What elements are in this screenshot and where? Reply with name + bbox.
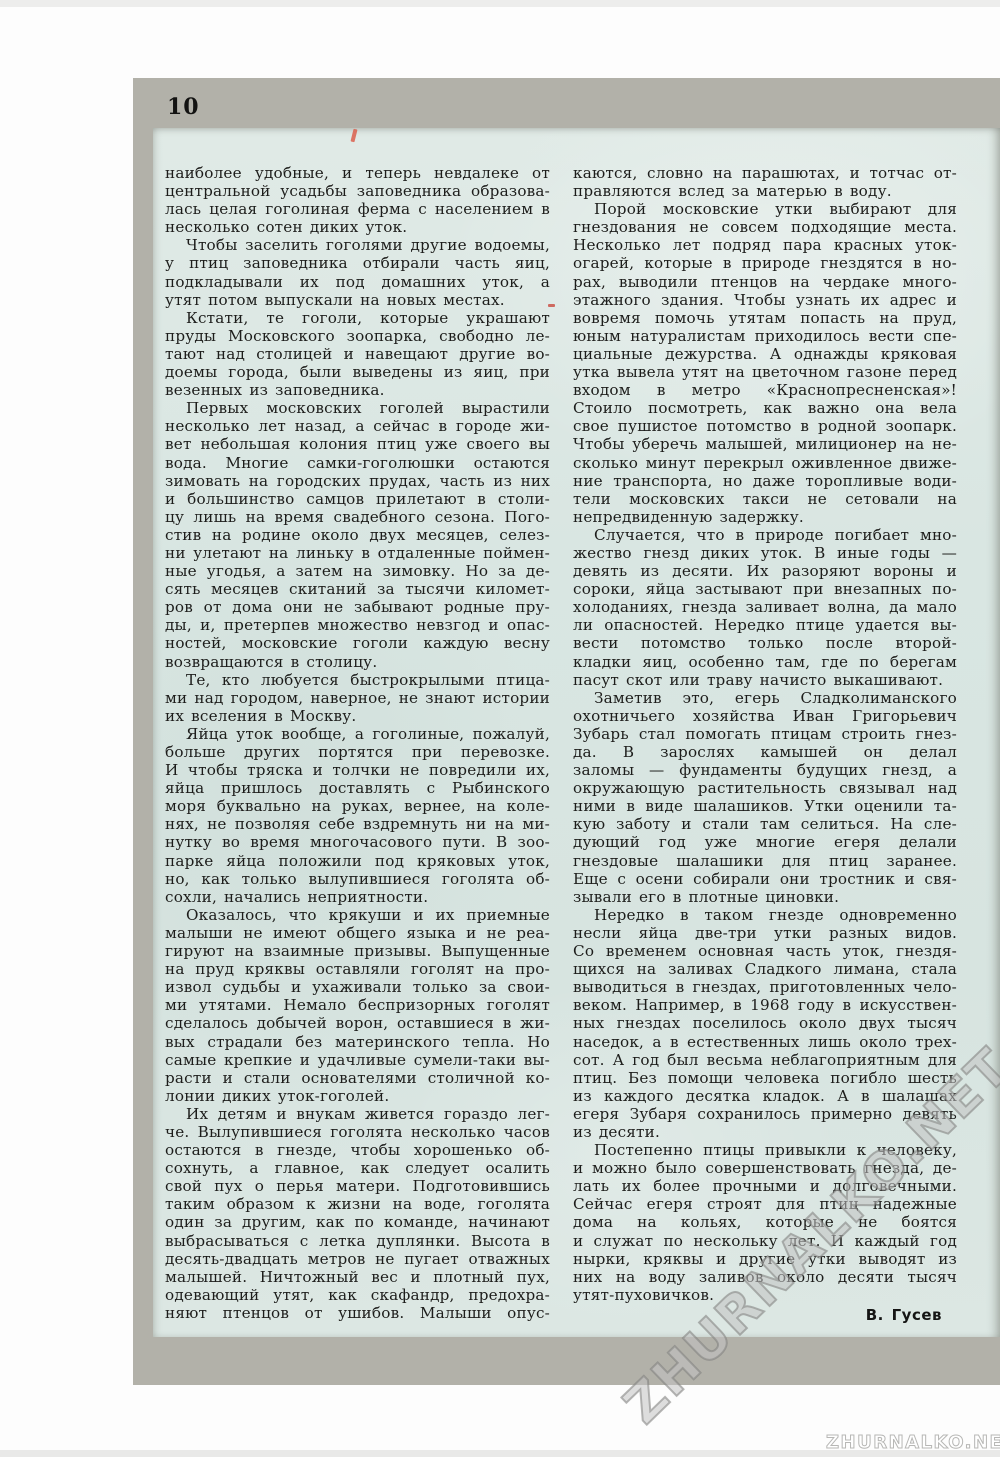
text-line: ними в виде шалашиков. Утки оценили та-	[573, 797, 957, 815]
text-line: утят потом выпускали на новых местах.	[165, 291, 550, 309]
text-line: таким образом к жизни на воде, гоголята	[165, 1195, 550, 1213]
page-scan-area: 10 наиболее удобные, и теперь невдалеке …	[133, 78, 1000, 1385]
text-line: Случается, что в природе погибает мно-	[573, 526, 957, 544]
text-line: больше других портятся при перевозке.	[165, 743, 550, 761]
text-line: вода. Многие самки-гоголюшки остаются	[165, 454, 550, 472]
text-line: возвращаются в столицу.	[165, 653, 550, 671]
text-line: утка вывела утят на цветочном газоне пер…	[573, 363, 957, 381]
text-line: непредвиденную задержку.	[573, 508, 957, 526]
text-line: остаются в гнезде, чтобы хорошенько об-	[165, 1141, 550, 1159]
text-line: Их детям и внукам живется гораздо лег-	[165, 1105, 550, 1123]
text-line: ни улетают на линьку в отдаленные поймен…	[165, 544, 550, 562]
text-line: входом в метро «Краснопресненская»!	[573, 381, 957, 399]
text-line: гнездовые шалашики для птиц заранее.	[573, 852, 957, 870]
text-line: Постепенно птицы привыкли к человеку,	[573, 1141, 957, 1159]
text-line: Оказалось, что крякуши и их приемные	[165, 906, 550, 924]
red-mark-top	[350, 129, 357, 143]
text-line: Первых московских гоголей вырастили	[165, 399, 550, 417]
text-line: и служат по нескольку лет. И каждый год	[573, 1232, 957, 1250]
text-line: вовремя помочь утятам попасть на пруд,	[573, 309, 957, 327]
text-line: них на воду заливов около десяти тысяч	[573, 1268, 957, 1286]
text-line: одевающий утят, как скафандр, предохра-	[165, 1286, 550, 1304]
text-line: да. В зарослях камышей он делал маленьки…	[573, 743, 957, 761]
text-line: кладки яиц, особенно там, где по берегам	[573, 653, 957, 671]
text-line: тают над столицей и навещают другие во-	[165, 345, 550, 363]
text-line: Порой московские утки выбирают для	[573, 200, 957, 218]
page-number: 10	[167, 94, 200, 120]
text-line: вет небольшая колония птиц уже своего вы	[165, 435, 550, 453]
text-line: девять из десяти. Их разоряют вороны и	[573, 562, 957, 580]
text-line: и большинство самцов прилетают в столи-	[165, 490, 550, 508]
text-line: вых страдали без материнского тепла. Но	[165, 1033, 550, 1051]
text-line: лонии диких уток-гоголей.	[165, 1087, 550, 1105]
top-edge-strip	[0, 0, 1000, 7]
text-line: И чтобы тряска и толчки не повредили их,	[165, 761, 550, 779]
text-line: няют птенцов от ушибов. Малыши опус-	[165, 1304, 550, 1322]
text-line: ми над городом, наверное, не знают истор…	[165, 689, 550, 707]
text-line: Яйца уток вообще, а гоголиные, пожалуй,	[165, 725, 550, 743]
text-line: наседок, а в естественных лишь около тре…	[573, 1033, 957, 1051]
text-line: яйца пришлось доставлять с Рыбинского	[165, 779, 550, 797]
text-line: Несколько лет подряд пара красных уток-	[573, 236, 957, 254]
text-line: циальные дежурства. А однажды кряковая	[573, 345, 957, 363]
text-line: Чтобы уберечь малышей, милиционер на не-	[573, 435, 957, 453]
text-line: лать их более прочными и долговечными.	[573, 1177, 957, 1195]
text-line: зывали его в плотные циновки.	[573, 888, 957, 906]
text-line: наиболее удобные, и теперь невдалеке от	[165, 164, 550, 182]
text-line: Сейчас егеря строят для птиц надежные	[573, 1195, 957, 1213]
text-line: сделалось добычей ворон, оставшиеся в жи…	[165, 1014, 550, 1032]
text-line: ные угодья, а затем на зимовку. Но за де…	[165, 562, 550, 580]
text-line: ров от дома они не забывают родные пру-	[165, 598, 550, 616]
text-line: несли яйца две-три утки разных видов.	[573, 924, 957, 942]
text-line: нях, не позволяя себе вздремнуть ни на м…	[165, 815, 550, 833]
text-line: охотничьего хозяйства Иван Григорьевич	[573, 707, 957, 725]
text-line: малыши не имеют общего языка и не реа-	[165, 924, 550, 942]
text-line: птиц. Без помощи человека погибло шесть	[573, 1069, 957, 1087]
text-line: везенных из заповедника.	[165, 381, 550, 399]
text-line: центральной усадьбы заповедника образова…	[165, 182, 550, 200]
text-line: дующий год уже многие егеря делали	[573, 833, 957, 851]
text-line: холоданиях, гнезда заливает волна, да ма…	[573, 598, 957, 616]
red-mark-line	[548, 304, 555, 307]
text-line: ды, и, претерпев множество невзгод и опа…	[165, 616, 550, 634]
text-line: юным натуралистам приходилось вести спе-	[573, 327, 957, 345]
text-line: этажного здания. Чтобы узнать их адрес и	[573, 291, 957, 309]
text-line: гнездования не совсем подходящие места.	[573, 218, 957, 236]
text-line: лась целая гоголиная ферма с населением …	[165, 200, 550, 218]
right-text-column: каются, словно на парашютах, и тотчас от…	[573, 164, 957, 1325]
text-line: Зубарь стал помогать птицам строить гнез…	[573, 725, 957, 743]
text-line: егеря Зубаря сохранилось примерно девять	[573, 1105, 957, 1123]
text-line: свой пух о перья матери. Подготовившись	[165, 1177, 550, 1195]
text-line: нутку во время многочасового пути. В зоо…	[165, 833, 550, 851]
text-line: выбрасываться с летка дуплянки. Высота в	[165, 1232, 550, 1250]
text-line: доемы города, были выведены из яиц, при	[165, 363, 550, 381]
magazine-page: наиболее удобные, и теперь невдалеке отц…	[153, 128, 1000, 1337]
text-line: правляются вслед за матерью в воду.	[573, 182, 957, 200]
text-line: Со временем основная часть уток, гнездя-	[573, 942, 957, 960]
text-line: десять-двадцать метров не пугает отважны…	[165, 1250, 550, 1268]
text-line: кую заботу и стали там селиться. На сле-	[573, 815, 957, 833]
text-line: но, как только вылупившиеся гоголята об-	[165, 870, 550, 888]
text-line: нырки, кряквы и другие утки выводят из	[573, 1250, 957, 1268]
text-line: самые крепкие и удачливые сумели-таки вы…	[165, 1051, 550, 1069]
corner-watermark: ZHURNALKO.NET	[826, 1432, 1000, 1453]
text-line: моря буквально на руках, вернее, на коле…	[165, 797, 550, 815]
text-line: Кстати, те гоголи, которые украшают	[165, 309, 550, 327]
text-line: сохли, начались неприятности.	[165, 888, 550, 906]
text-line: ми утятами. Немало беспризорных гоголят	[165, 996, 550, 1014]
text-line: сохнуть, а главное, как следует осалить	[165, 1159, 550, 1177]
text-line: Чтобы заселить гоголями другие водоемы,	[165, 236, 550, 254]
screenshot-root: { "page": { "number": "10" }, "colors": …	[0, 0, 1000, 1457]
text-line: жество гнезд диких уток. В иные годы —	[573, 544, 957, 562]
text-line: каются, словно на парашютах, и тотчас от…	[573, 164, 957, 182]
text-line: извол судьбы и ухаживали только за свои-	[165, 978, 550, 996]
text-line: выводиться в гнездах, приготовленных чел…	[573, 978, 957, 996]
text-line: Еще с осени собирали они тростник и свя-	[573, 870, 957, 888]
text-line: вести потомство только после второй-трет…	[573, 634, 957, 652]
text-line: и можно было совершенствовать гнезда, де…	[573, 1159, 957, 1177]
text-line: ностей, московские гоголи каждую весну	[165, 634, 550, 652]
text-line: заломы — фундаменты будущих гнезд, а	[573, 761, 957, 779]
text-line: несколько сотен диких уток.	[165, 218, 550, 236]
text-line: дома на кольях, которые не боятся непого…	[573, 1213, 957, 1231]
text-line: гируют на взаимные призывы. Выпущенные	[165, 942, 550, 960]
text-line: один за другим, как по команде, начинают	[165, 1213, 550, 1231]
text-line: че. Вылупившиеся гоголята несколько часо…	[165, 1123, 550, 1141]
text-line: расти и стали основателями столичной ко-	[165, 1069, 550, 1087]
text-line: Стоило посмотреть, как важно она вела	[573, 399, 957, 417]
text-line: щихся на заливах Сладкого лимана, стала	[573, 960, 957, 978]
text-line: подкладывали их под домашних уток, а	[165, 273, 550, 291]
text-line: Нередко в таком гнезде одновременно	[573, 906, 957, 924]
left-text-column: наиболее удобные, и теперь невдалеке отц…	[165, 164, 550, 1322]
author-signature: В. Гусев	[573, 1306, 957, 1325]
text-line: стив на родине около двух месяцев, селез…	[165, 526, 550, 544]
text-line: цу лишь на время свадебного сезона. Пого…	[165, 508, 550, 526]
text-line: свое пушистое потомство в родной зоопарк…	[573, 417, 957, 435]
text-line: на пруд кряквы оставляли гоголят на про-	[165, 960, 550, 978]
text-line: пруды Московского зоопарка, свободно ле-	[165, 327, 550, 345]
text-line: утят-пуховичков.	[573, 1286, 957, 1304]
text-line: ных гнездах поселилось около двух тысяч	[573, 1014, 957, 1032]
text-line: из каждого десятка кладок. А в шалашах	[573, 1087, 957, 1105]
text-line: сот. А год был весьма неблагоприятным дл…	[573, 1051, 957, 1069]
text-line: окружающую растительность связывал над	[573, 779, 957, 797]
text-line: ние транспорта, но даже торопливые води-	[573, 472, 957, 490]
text-line: Те, кто любуется быстрокрылыми птица-	[165, 671, 550, 689]
text-line: парке яйца положили под кряковых уток,	[165, 852, 550, 870]
text-line: огарей, которые в природе гнездятся в но…	[573, 254, 957, 272]
text-line: несколько лет назад, а сейчас в городе ж…	[165, 417, 550, 435]
text-line: сороки, яйца застывают при внезапных по-	[573, 580, 957, 598]
text-line: у птиц заповедника отбирали часть яиц,	[165, 254, 550, 272]
text-line: Заметив это, егерь Сладколиманского	[573, 689, 957, 707]
text-line: из десяти.	[573, 1123, 957, 1141]
text-line: их вселения в Москву.	[165, 707, 550, 725]
text-line: ли опасностей. Нередко птице удается вы-	[573, 616, 957, 634]
text-line: веком. Например, в 1968 году в искусстве…	[573, 996, 957, 1014]
text-line: тели московских такси не сетовали на так…	[573, 490, 957, 508]
text-line: сколько минут перекрыл оживленное движе-	[573, 454, 957, 472]
text-line: зимовать на городских прудах, часть из н…	[165, 472, 550, 490]
text-line: сять месяцев скитаний за тысячи километ-	[165, 580, 550, 598]
text-line: рах, выводили птенцов на чердаке много-	[573, 273, 957, 291]
text-line: пасут скот или траву начисто выкашивают.	[573, 671, 957, 689]
text-line: малышей. Ничтожный вес и плотный пух,	[165, 1268, 550, 1286]
